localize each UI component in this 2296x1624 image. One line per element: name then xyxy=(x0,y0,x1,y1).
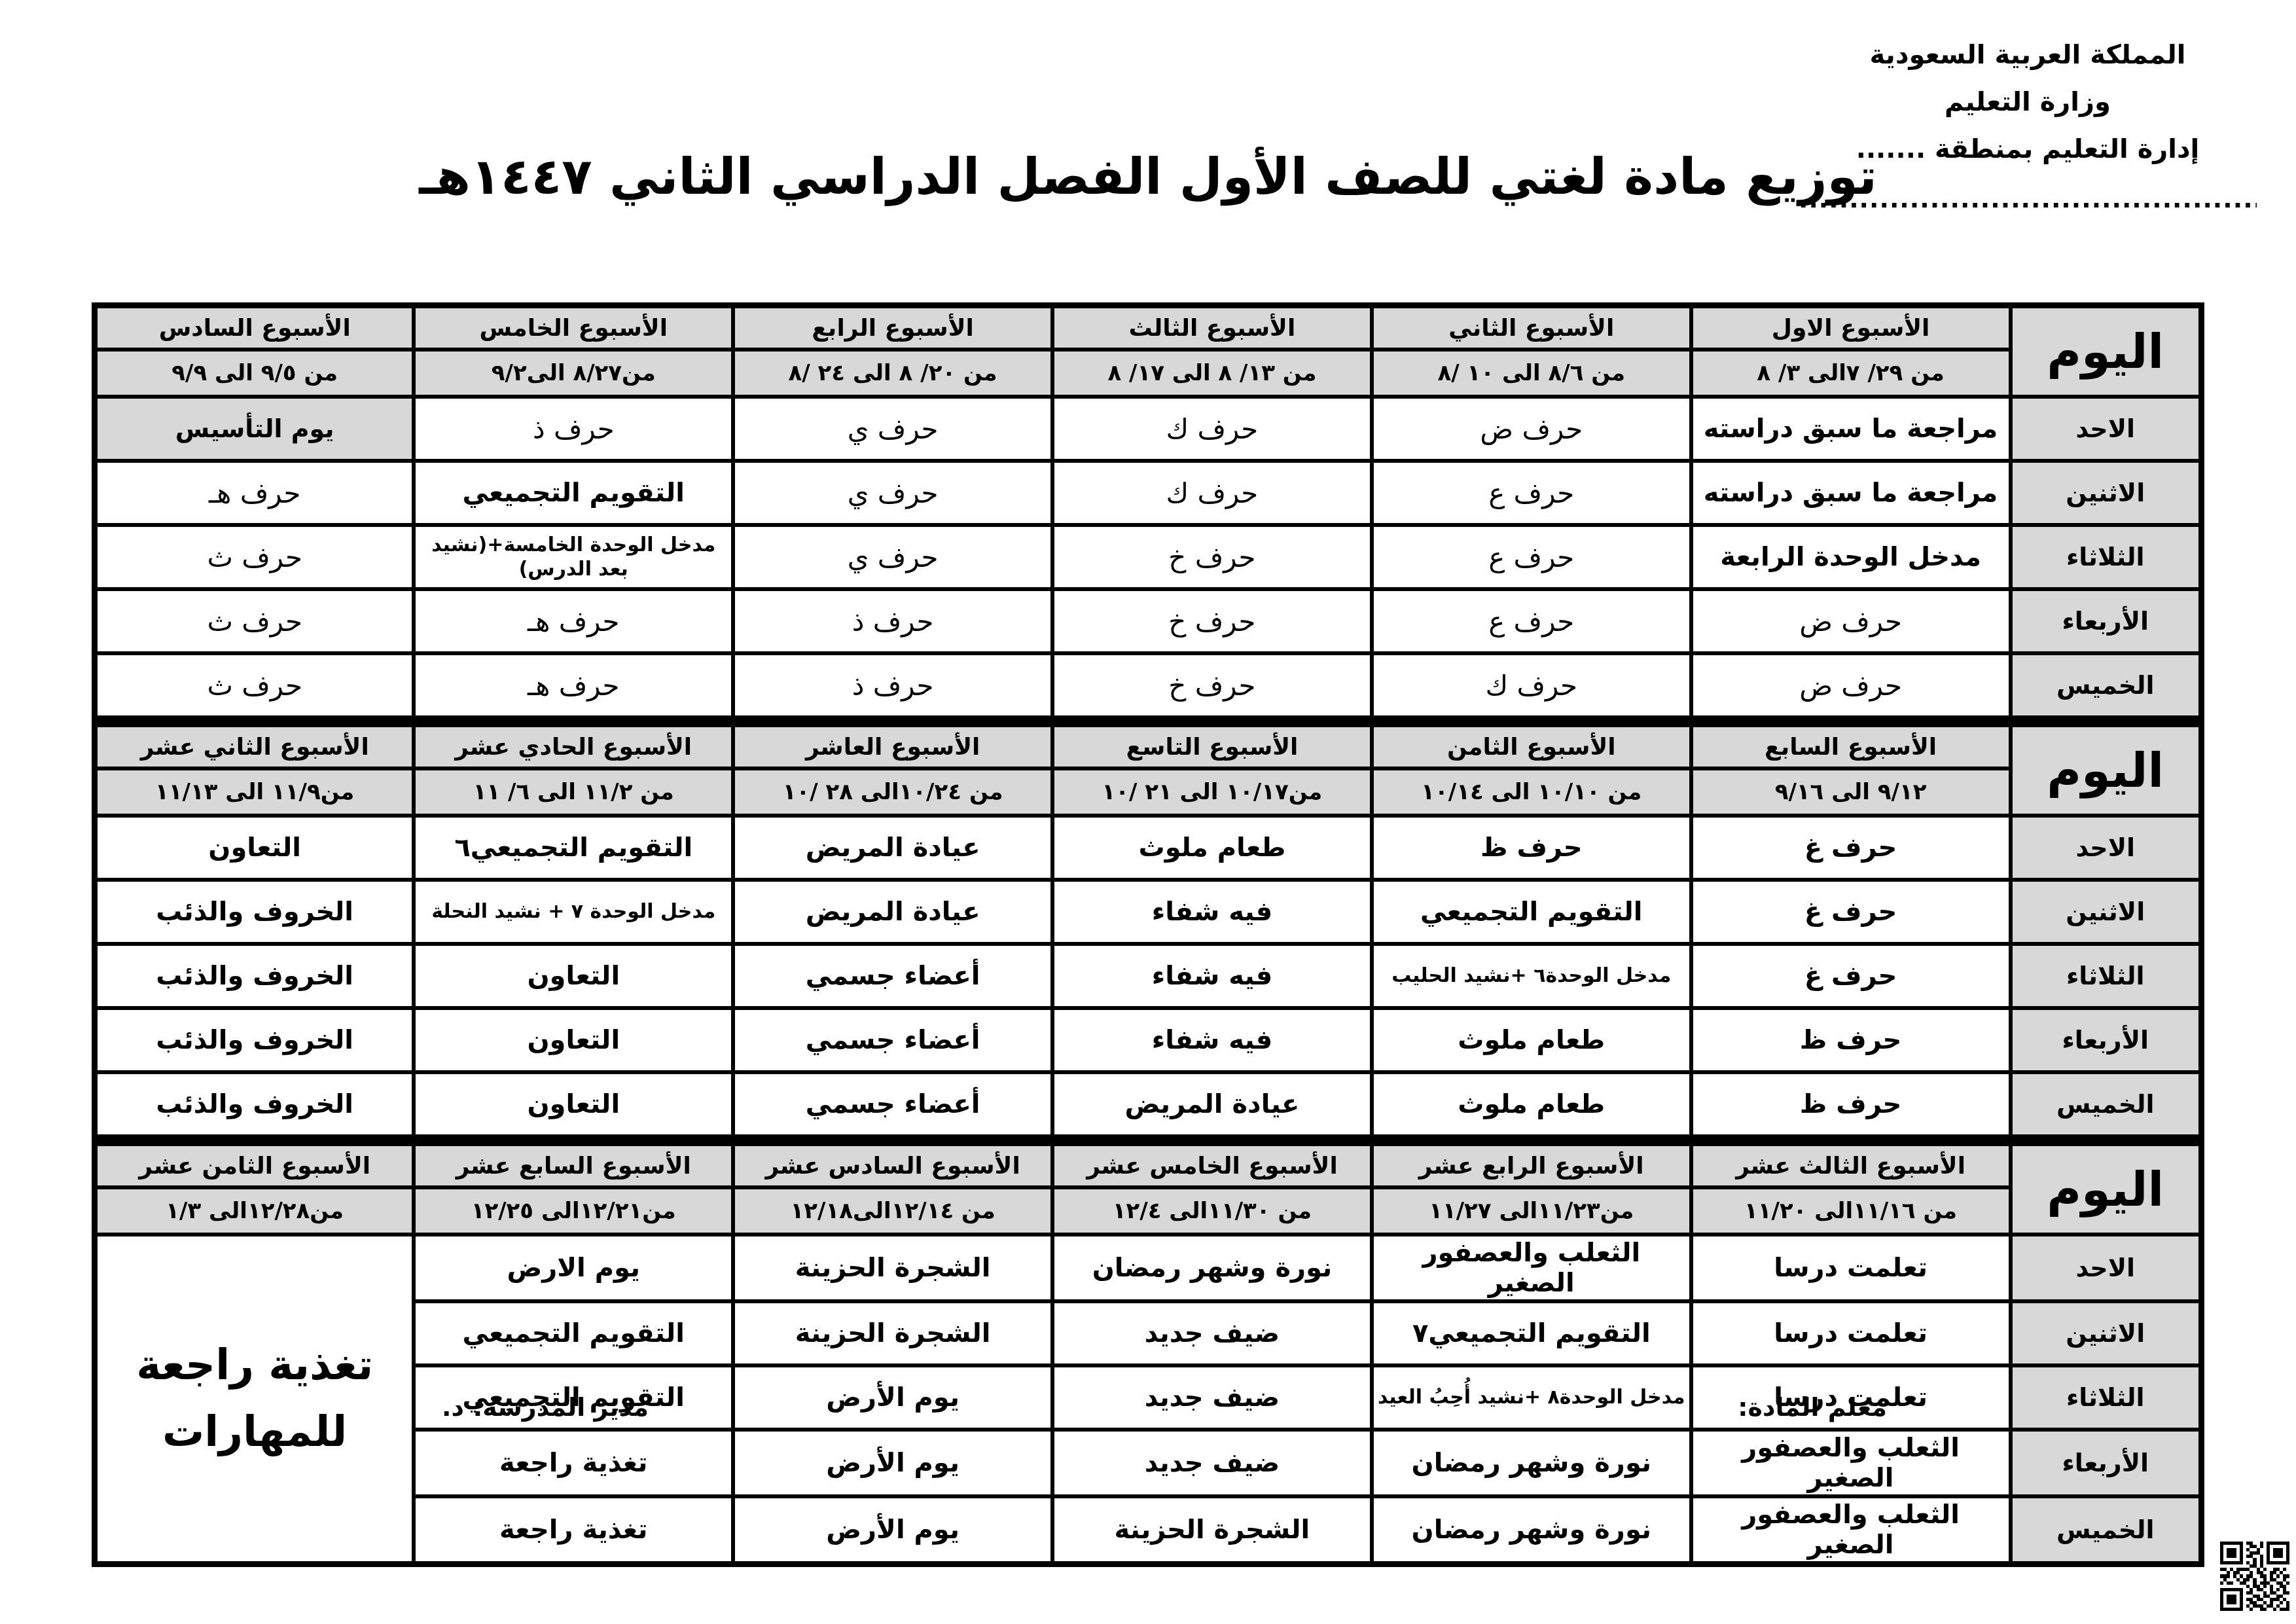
lesson-cell: عيادة المريض xyxy=(733,816,1052,880)
lesson-cell: حرف ع xyxy=(1372,461,1691,525)
lesson-cell: الثعلب والعصفور الصغير xyxy=(1691,1430,2011,1496)
lesson-cell: حرف ع xyxy=(1372,525,1691,589)
week-dates-cell: من ١١/١٦الى ١١/٢٠ xyxy=(1691,1187,2011,1235)
lesson-cell: ضيف جديد xyxy=(1052,1430,1372,1496)
day-name-cell: الثلاثاء xyxy=(2011,944,2202,1008)
lesson-cell: التعاون xyxy=(95,816,414,880)
table-row: الخميسحرف ضحرف كحرف خحرف ذحرف هـحرف ث xyxy=(95,653,2202,719)
lesson-cell: حرف ث xyxy=(95,589,414,653)
lesson-cell: الخروف والذئب xyxy=(95,1008,414,1072)
week-name-cell: الأسبوع الرابع xyxy=(733,306,1052,350)
lesson-cell: نورة وشهر رمضان xyxy=(1372,1496,1691,1564)
week-dates-cell: من ٨/٦ الى ١٠ /٨ xyxy=(1372,350,1691,397)
week-dates-cell: من ١١/٣٠الى ١٢/٤ xyxy=(1052,1187,1372,1235)
day-column-header: اليوم xyxy=(2011,725,2202,816)
lesson-cell: مراجعة ما سبق دراسته xyxy=(1691,397,2011,461)
letterhead-country: المملكة العربية السعودية xyxy=(1799,31,2257,79)
lesson-cell: حرف ض xyxy=(1691,653,2011,719)
week-name-cell: الأسبوع الحادي عشر xyxy=(414,725,733,769)
week-name-cell: الأسبوع السادس xyxy=(95,306,414,350)
lesson-cell: الثعلب والعصفور الصغير xyxy=(1372,1235,1691,1301)
day-name-cell: الخميس xyxy=(2011,1072,2202,1138)
table-row: الثلاثاءحرف غمدخل الوحدة٦ +نشيد الحليبفي… xyxy=(95,944,2202,1008)
week-name-cell: الأسبوع الاول xyxy=(1691,306,2011,350)
table-row: الاحدحرف غحرف ظطعام ملوثعيادة المريضالتق… xyxy=(95,816,2202,880)
lesson-cell: يوم التأسيس xyxy=(95,397,414,461)
lesson-cell: أعضاء جسمي xyxy=(733,1072,1052,1138)
table-row: الأربعاءحرف ظطعام ملوثفيه شفاءأعضاء جسمي… xyxy=(95,1008,2202,1072)
week-dates-cell: من١٠/١٧ الى ٢١ /١٠ xyxy=(1052,768,1372,816)
lesson-cell: حرف خ xyxy=(1052,525,1372,589)
lesson-cell: حرف ظ xyxy=(1691,1072,2011,1138)
week-name-cell: الأسبوع السابع عشر xyxy=(414,1144,733,1188)
lesson-cell: التقويم التجميعي٧ xyxy=(1372,1301,1691,1365)
lesson-cell: التقويم التجميعي xyxy=(1372,880,1691,944)
lesson-cell: مدخل الوحدة ٧ + نشيد النحلة xyxy=(414,880,733,944)
week-name-cell: الأسبوع السابع xyxy=(1691,725,2011,769)
week-dates-cell: من ١٢/١٤الى١٢/١٨ xyxy=(733,1187,1052,1235)
lesson-cell: حرف غ xyxy=(1691,880,2011,944)
week-dates-cell: من ١٣/ ٨ الى ١٧/ ٨ xyxy=(1052,350,1372,397)
table-row: الثلاثاءمدخل الوحدة الرابعةحرف عحرف خحرف… xyxy=(95,525,2202,589)
week-name-cell: الأسبوع الثامن عشر xyxy=(95,1144,414,1188)
table-row: الاثنينحرف غالتقويم التجميعيفيه شفاءعياد… xyxy=(95,880,2202,944)
lesson-cell: التقويم التجميعي xyxy=(414,1301,733,1365)
week-name-cell: الأسبوع الثالث xyxy=(1052,306,1372,350)
week-dates-cell: من١١/٩ الى ١١/١٣ xyxy=(95,768,414,816)
schedule-section-1: اليومالأسبوع الاولالأسبوع الثانيالأسبوع … xyxy=(92,302,2204,721)
lesson-cell: ضيف جديد xyxy=(1052,1365,1372,1430)
lesson-cell: حرف ك xyxy=(1052,397,1372,461)
week-dates-cell: من١١/٢٣الى ١١/٢٧ xyxy=(1372,1187,1691,1235)
lesson-cell: حرف ذ xyxy=(733,589,1052,653)
lesson-cell: ضيف جديد xyxy=(1052,1301,1372,1365)
table-row: الاحدمراجعة ما سبق دراستهحرف ضحرف كحرف ي… xyxy=(95,397,2202,461)
lesson-cell: حرف هـ xyxy=(414,589,733,653)
lesson-cell: يوم الأرض xyxy=(733,1430,1052,1496)
week-name-cell: الأسبوع التاسع xyxy=(1052,725,1372,769)
schedule-section-2: اليومالأسبوع السابعالأسبوع الثامنالأسبوع… xyxy=(92,721,2204,1140)
lesson-cell: تغذية راجعة xyxy=(414,1496,733,1564)
day-name-cell: الخميس xyxy=(2011,653,2202,719)
lesson-cell: حرف ي xyxy=(733,525,1052,589)
document-page: المملكة العربية السعودية وزارة التعليم إ… xyxy=(0,0,2296,1624)
lesson-cell: مراجعة ما سبق دراسته xyxy=(1691,461,2011,525)
day-name-cell: الخميس xyxy=(2011,1496,2202,1564)
lesson-cell: حرف ك xyxy=(1372,653,1691,719)
table-row: الأربعاءحرف ضحرف عحرف خحرف ذحرف هـحرف ث xyxy=(95,589,2202,653)
day-column-header: اليوم xyxy=(2011,1144,2202,1235)
day-name-cell: الاحد xyxy=(2011,1235,2202,1301)
principal-signature-label: مدير المدرسة: د. xyxy=(442,1393,649,1422)
lesson-cell: طعام ملوث xyxy=(1052,816,1372,880)
lesson-cell: حرف هـ xyxy=(95,461,414,525)
schedule-section-3: اليومالأسبوع الثالث عشرالأسبوع الرابع عش… xyxy=(92,1140,2204,1567)
lesson-cell: فيه شفاء xyxy=(1052,1008,1372,1072)
lesson-cell: مدخل الوحدة٦ +نشيد الحليب xyxy=(1372,944,1691,1008)
week-name-cell: الأسبوع الخامس xyxy=(414,306,733,350)
lesson-cell: حرف ظ xyxy=(1372,816,1691,880)
lesson-cell: نورة وشهر رمضان xyxy=(1372,1430,1691,1496)
lesson-cell: الشجرة الحزينة xyxy=(733,1235,1052,1301)
lesson-cell: عيادة المريض xyxy=(1052,1072,1372,1138)
lesson-cell: التقويم التجميعي٦ xyxy=(414,816,733,880)
week-dates-cell: من ١٠/٢٤الى ٢٨ /١٠ xyxy=(733,768,1052,816)
day-name-cell: الأربعاء xyxy=(2011,1008,2202,1072)
lesson-cell: التعاون xyxy=(414,1072,733,1138)
qr-code-icon xyxy=(2220,1542,2289,1611)
lesson-cell: حرف ث xyxy=(95,653,414,719)
lesson-cell: فيه شفاء xyxy=(1052,880,1372,944)
week-name-cell: الأسبوع السادس عشر xyxy=(733,1144,1052,1188)
week-dates-cell: من ١٠/١٠ الى ١٠/١٤ xyxy=(1372,768,1691,816)
lesson-cell: حرف ك xyxy=(1052,461,1372,525)
lesson-cell: حرف ث xyxy=(95,525,414,589)
lesson-cell: حرف ي xyxy=(733,397,1052,461)
lesson-cell: فيه شفاء xyxy=(1052,944,1372,1008)
page-title: توزيع مادة لغتي للصف الأول الفصل الدراسي… xyxy=(0,147,2296,206)
week-dates-cell: من١٢/٢٨الى ١/٣ xyxy=(95,1187,414,1235)
day-name-cell: الاحد xyxy=(2011,397,2202,461)
teacher-signature-label: معلم المادة: xyxy=(1738,1393,1887,1422)
lesson-cell: حرف ذ xyxy=(733,653,1052,719)
week-name-cell: الأسبوع الرابع عشر xyxy=(1372,1144,1691,1188)
lesson-cell: حرف ي xyxy=(733,461,1052,525)
lesson-cell: الخروف والذئب xyxy=(95,880,414,944)
table-row: الاثنينمراجعة ما سبق دراستهحرف عحرف كحرف… xyxy=(95,461,2202,525)
lesson-cell: حرف خ xyxy=(1052,653,1372,719)
week-name-cell: الأسبوع العاشر xyxy=(733,725,1052,769)
day-name-cell: الثلاثاء xyxy=(2011,1365,2202,1430)
lesson-cell: حرف غ xyxy=(1691,944,2011,1008)
merged-review-cell: تغذية راجعة للمهارات xyxy=(95,1235,414,1564)
lesson-cell: الخروف والذئب xyxy=(95,944,414,1008)
lesson-cell: تغذية راجعة xyxy=(414,1430,733,1496)
lesson-cell: الثعلب والعصفور الصغير xyxy=(1691,1496,2011,1564)
table-row: الاحدتعلمت درساالثعلب والعصفور الصغيرنور… xyxy=(95,1235,2202,1301)
lesson-cell: الخروف والذئب xyxy=(95,1072,414,1138)
lesson-cell: يوم الأرض xyxy=(733,1365,1052,1430)
lesson-cell: أعضاء جسمي xyxy=(733,944,1052,1008)
lesson-cell: يوم الارض xyxy=(414,1235,733,1301)
lesson-cell: التعاون xyxy=(414,944,733,1008)
lesson-cell: حرف غ xyxy=(1691,816,2011,880)
week-name-cell: الأسبوع الثامن xyxy=(1372,725,1691,769)
lesson-cell: حرف ع xyxy=(1372,589,1691,653)
week-dates-cell: من ٢٩/ ٧الى ٣/ ٨ xyxy=(1691,350,2011,397)
lesson-cell: حرف ض xyxy=(1372,397,1691,461)
week-dates-cell: من ١١/٢ الى ٦/ ١١ xyxy=(414,768,733,816)
lesson-cell: مدخل الوحدة الخامسة+(نشيد بعد الدرس) xyxy=(414,525,733,589)
table-row: الخميسحرف ظطعام ملوثعيادة المريضأعضاء جس… xyxy=(95,1072,2202,1138)
lesson-cell: حرف هـ xyxy=(414,653,733,719)
day-name-cell: الأربعاء xyxy=(2011,589,2202,653)
lesson-cell: يوم الأرض xyxy=(733,1496,1052,1564)
day-name-cell: الأربعاء xyxy=(2011,1430,2202,1496)
week-name-cell: الأسبوع الخامس عشر xyxy=(1052,1144,1372,1188)
lesson-cell: الشجرة الحزينة xyxy=(733,1301,1052,1365)
lesson-cell: تعلمت درسا xyxy=(1691,1301,2011,1365)
day-name-cell: الاثنين xyxy=(2011,880,2202,944)
day-name-cell: الاثنين xyxy=(2011,461,2202,525)
lesson-cell: التعاون xyxy=(414,1008,733,1072)
day-name-cell: الاثنين xyxy=(2011,1301,2202,1365)
week-dates-cell: من ٢٠/ ٨ الى ٢٤ /٨ xyxy=(733,350,1052,397)
week-dates-cell: من١٢/٢١الى ١٢/٢٥ xyxy=(414,1187,733,1235)
lesson-cell: أعضاء جسمي xyxy=(733,1008,1052,1072)
lesson-cell: التقويم التجميعي xyxy=(414,461,733,525)
lesson-cell: حرف ظ xyxy=(1691,1008,2011,1072)
lesson-cell: تعلمت درسا xyxy=(1691,1235,2011,1301)
week-dates-cell: ٩/١٢ الى ٩/١٦ xyxy=(1691,768,2011,816)
lesson-cell: نورة وشهر رمضان xyxy=(1052,1235,1372,1301)
lesson-cell: حرف ذ xyxy=(414,397,733,461)
week-name-cell: الأسبوع الثاني xyxy=(1372,306,1691,350)
lesson-cell: طعام ملوث xyxy=(1372,1008,1691,1072)
lesson-cell: مدخل الوحدة٨ +نشيد أُحِبُ العيد xyxy=(1372,1365,1691,1430)
lesson-cell: الشجرة الحزينة xyxy=(1052,1496,1372,1564)
letterhead-ministry: وزارة التعليم xyxy=(1799,79,2257,126)
schedule-tables: اليومالأسبوع الاولالأسبوع الثانيالأسبوع … xyxy=(92,302,2204,1567)
lesson-cell: حرف ض xyxy=(1691,589,2011,653)
day-column-header: اليوم xyxy=(2011,306,2202,397)
day-name-cell: الاحد xyxy=(2011,816,2202,880)
week-name-cell: الأسبوع الثاني عشر xyxy=(95,725,414,769)
lesson-cell: حرف خ xyxy=(1052,589,1372,653)
lesson-cell: مدخل الوحدة الرابعة xyxy=(1691,525,2011,589)
day-name-cell: الثلاثاء xyxy=(2011,525,2202,589)
lesson-cell: عيادة المريض xyxy=(733,880,1052,944)
week-dates-cell: من ٩/٥ الى ٩/٩ xyxy=(95,350,414,397)
week-name-cell: الأسبوع الثالث عشر xyxy=(1691,1144,2011,1188)
week-dates-cell: من٨/٢٧ الى٩/٢ xyxy=(414,350,733,397)
lesson-cell: طعام ملوث xyxy=(1372,1072,1691,1138)
